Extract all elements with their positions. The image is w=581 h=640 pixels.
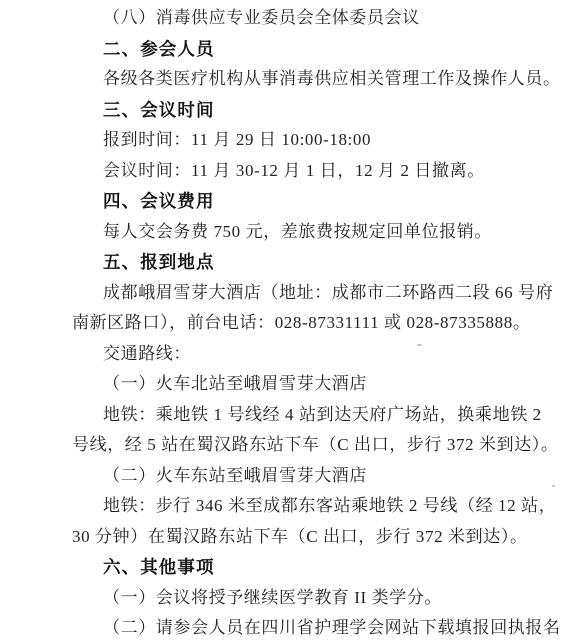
text-line: 南新区路口），前台电话：028-87331111 或 028-87335888。: [72, 308, 572, 339]
text-line: 地铁：步行 346 米至成都东客站乘地铁 2 号线（经 12 站，: [72, 491, 572, 522]
text-line: 会议时间：11 月 30-12 月 1 日，12 月 2 日撤离。: [72, 156, 572, 187]
text-line: 30 分钟）在蜀汉路东站下车（C 出口，步行 372 米到达）。: [72, 522, 572, 553]
scan-speck: [552, 485, 555, 487]
section-heading: 四、会议费用: [72, 186, 572, 217]
document-page: （八）消毒供应专业委员会全体委员会议二、参会人员各级各类医疗机构从事消毒供应相关…: [0, 0, 581, 640]
text-line: （八）消毒供应专业委员会全体委员会议: [72, 3, 572, 34]
text-line: 地铁：乘地铁 1 号线经 4 站到达天府广场站，换乘地铁 2: [72, 400, 572, 431]
text-line: （一）会议将授予继续医学教育 II 类学分。: [72, 583, 572, 614]
text-line: 号线，经 5 站在蜀汉路东站下车（C 出口，步行 372 米到达）。: [72, 430, 572, 461]
section-heading: 五、报到地点: [72, 247, 572, 278]
scan-speck: [417, 344, 422, 346]
document-body: （八）消毒供应专业委员会全体委员会议二、参会人员各级各类医疗机构从事消毒供应相关…: [72, 3, 572, 640]
section-heading: 二、参会人员: [72, 34, 572, 65]
text-line: （一）火车北站至峨眉雪芽大酒店: [72, 369, 572, 400]
text-line: 交通路线：: [72, 339, 572, 370]
text-line: 每人交会务费 750 元，差旅费按规定回单位报销。: [72, 217, 572, 248]
section-heading: 六、其他事项: [72, 552, 572, 583]
text-line: （二）请参会人员在四川省护理学会网站下载填报回执报名: [72, 613, 572, 640]
section-heading: 三、会议时间: [72, 95, 572, 126]
text-line: 报到时间：11 月 29 日 10:00-18:00: [72, 125, 572, 156]
text-line: 各级各类医疗机构从事消毒供应相关管理工作及操作人员。: [72, 64, 572, 95]
text-line: （二）火车东站至峨眉雪芽大酒店: [72, 461, 572, 492]
text-line: 成都峨眉雪芽大酒店（地址：成都市二环路西二段 66 号府: [72, 278, 572, 309]
